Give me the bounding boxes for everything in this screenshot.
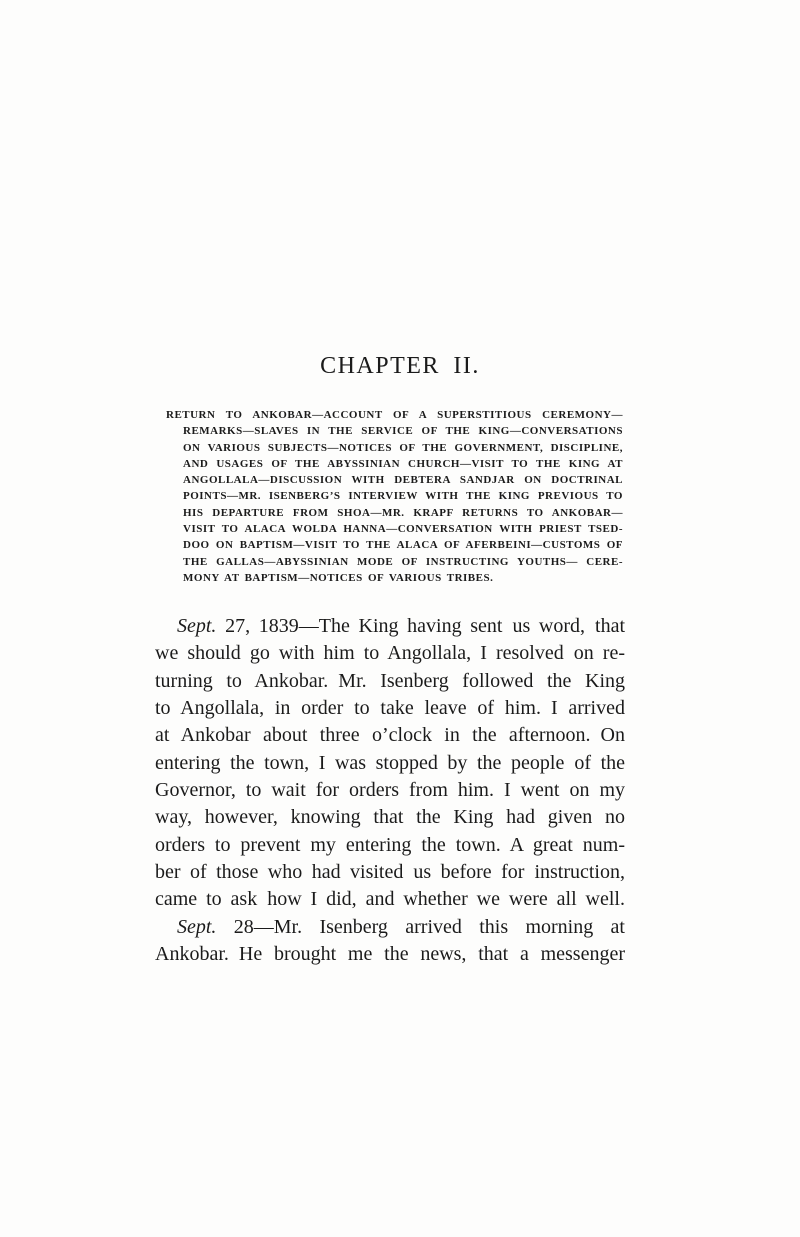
body-text-line: Sept. 28—Mr. Isenberg arrived this morni… xyxy=(155,914,625,941)
body-text: Sept. 27, 1839—The King having sent us w… xyxy=(155,613,625,968)
summary-line: DOO ON BAPTISM—VISIT TO THE ALACA OF AFE… xyxy=(166,537,623,553)
summary-line: RETURN TO ANKOBAR—ACCOUNT OF A SUPERSTIT… xyxy=(166,407,623,423)
body-text-line: at Ankobar about three o’clock in the af… xyxy=(155,722,625,749)
summary-line: POINTS—MR. ISENBERG’S INTERVIEW WITH THE… xyxy=(166,488,623,504)
body-text-span: 27, 1839—The King having sent us word, t… xyxy=(216,615,625,637)
body-text-line: Sept. 27, 1839—The King having sent us w… xyxy=(155,613,625,640)
summary-line: VISIT TO ALACA WOLDA HANNA—CONVERSATION … xyxy=(166,521,623,537)
body-text-line: orders to prevent my entering the town. … xyxy=(155,832,625,859)
body-text-line: way, however, knowing that the King had … xyxy=(155,804,625,831)
body-text-line: we should go with him to Angollala, I re… xyxy=(155,640,625,667)
summary-line: ON VARIOUS SUBJECTS—NOTICES OF THE GOVER… xyxy=(166,440,623,456)
chapter-heading: CHAPTER II. xyxy=(0,353,800,379)
summary-line: THE GALLAS—ABYSSINIAN MODE OF INSTRUCTIN… xyxy=(166,554,623,570)
summary-line: REMARKS—SLAVES IN THE SERVICE OF THE KIN… xyxy=(166,423,623,439)
body-text-line: entering the town, I was stopped by the … xyxy=(155,750,625,777)
body-text-line: Ankobar. He brought me the news, that a … xyxy=(155,941,625,968)
body-text-line: turning to Ankobar. Mr. Isenberg followe… xyxy=(155,668,625,695)
body-text-line: to Angollala, in order to take leave of … xyxy=(155,695,625,722)
body-text-line: Governor, to wait for orders from him. I… xyxy=(155,777,625,804)
summary-line: HIS DEPARTURE FROM SHOA—MR. KRAPF RETURN… xyxy=(166,505,623,521)
body-text-line: came to ask how I did, and whether we we… xyxy=(155,886,625,913)
summary-line: AND USAGES OF THE ABYSSINIAN CHURCH—VISI… xyxy=(166,456,623,472)
body-text-line: ber of those who had visited us before f… xyxy=(155,859,625,886)
chapter-summary: RETURN TO ANKOBAR—ACCOUNT OF A SUPERSTIT… xyxy=(166,407,623,586)
date-italic: Sept. xyxy=(177,615,216,637)
book-page: CHAPTER II. RETURN TO ANKOBAR—ACCOUNT OF… xyxy=(0,0,800,1237)
date-italic: Sept. xyxy=(177,916,216,938)
summary-line: MONY AT BAPTISM—NOTICES OF VARIOUS TRIBE… xyxy=(166,570,623,586)
body-text-span: 28—Mr. Isenberg arrived this morning at xyxy=(216,916,625,938)
summary-line: ANGOLLALA—DISCUSSION WITH DEBTERA SANDJA… xyxy=(166,472,623,488)
